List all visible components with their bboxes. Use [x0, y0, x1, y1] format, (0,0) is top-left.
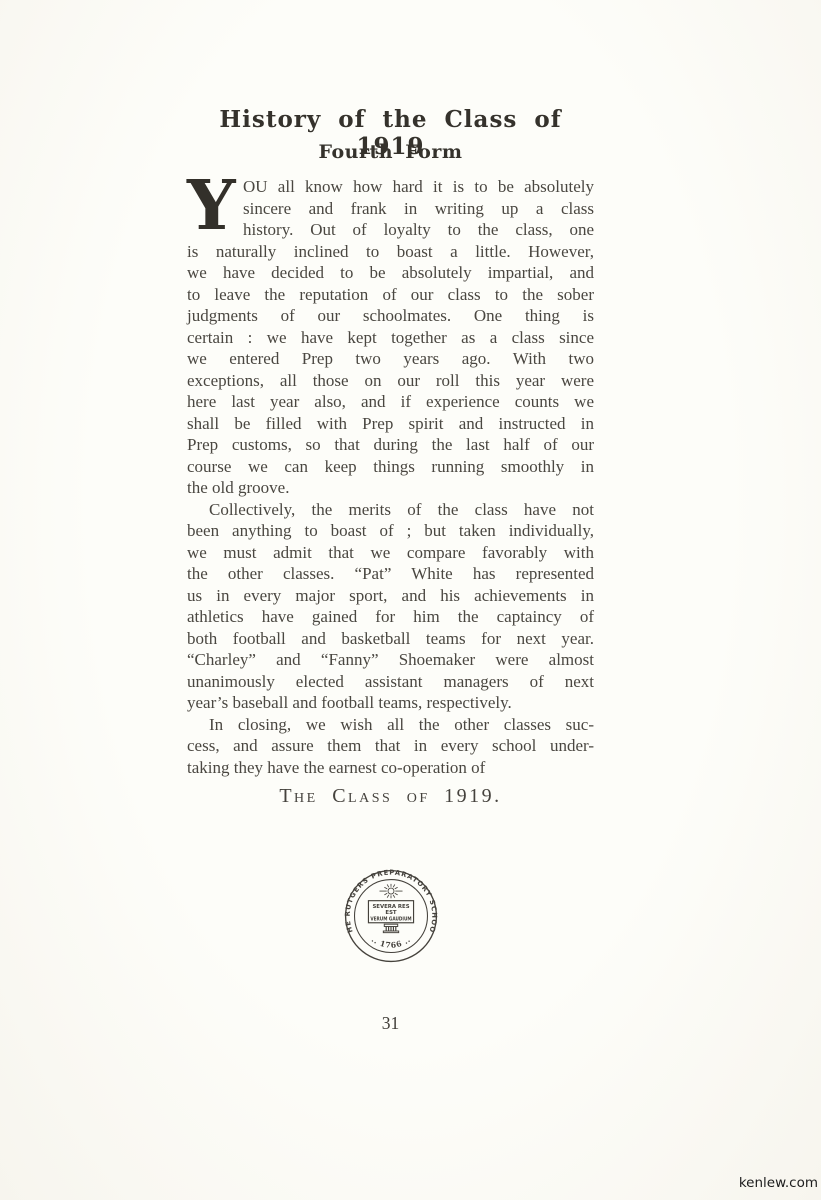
text-line: here last year also, and if experience c… — [187, 391, 594, 413]
closing-signature: The Class of 1919. — [187, 785, 594, 808]
text-line: history. Out of loyalty to the class, on… — [187, 219, 594, 241]
svg-text:.. 1766 ..: .. 1766 .. — [370, 935, 412, 950]
text-line: exceptions, all those on our roll this y… — [187, 370, 594, 392]
text-line: is naturally inclined to boast a little.… — [187, 241, 594, 263]
seal-motto-line-1: SEVERA RES — [372, 904, 409, 910]
paragraph-3: In closing, we wish all the other classe… — [187, 714, 594, 779]
paragraph-2: Collectively, the merits of the class ha… — [187, 499, 594, 714]
text-line: year’s baseball and football teams, resp… — [187, 692, 594, 714]
text-line: judgments of our schoolmates. One thing … — [187, 305, 594, 327]
text-line: course we can keep things running smooth… — [187, 456, 594, 478]
text-line: sincere and frank in writing up a class — [187, 198, 594, 220]
text-line: “Charley” and “Fanny” Shoemaker were alm… — [187, 649, 594, 671]
history-text: Y OU all know how hard it is to be absol… — [187, 176, 594, 778]
text-line: to leave the reputation of our class to … — [187, 284, 594, 306]
text-line: we have decided to be absolutely imparti… — [187, 262, 594, 284]
text-line: unanimously elected assistant managers o… — [187, 671, 594, 693]
school-seal: THE RUTGERS PREPARATORY SCHOOL .. 1766 .… — [343, 866, 439, 968]
watermark: kenlew.com — [739, 1175, 818, 1191]
seal-motto-box: SEVERA RES EST VERUM GAUDIUM — [368, 901, 413, 923]
text-line: the old groove. — [187, 477, 594, 499]
text-line: In closing, we wish all the other classe… — [187, 714, 594, 736]
text-line: athletics have gained for him the captai… — [187, 606, 594, 628]
text-line: Prep customs, so that during the last ha… — [187, 434, 594, 456]
text-line: OU all know how hard it is to be absolut… — [187, 176, 594, 198]
page-number: 31 — [187, 1013, 594, 1034]
seal-building-icon — [383, 924, 398, 932]
scanned-yearbook-page: { "page": { "title": "History of the Cla… — [0, 0, 821, 1200]
text-line: Collectively, the merits of the class ha… — [187, 499, 594, 521]
text-line: we must admit that we compare favorably … — [187, 542, 594, 564]
paragraph-1: Y OU all know how hard it is to be absol… — [187, 176, 594, 499]
text-line: we entered Prep two years ago. With two — [187, 348, 594, 370]
text-line: certain : we have kept together as a cla… — [187, 327, 594, 349]
seal-motto-line-3: VERUM GAUDIUM — [370, 916, 411, 922]
drop-cap: Y — [187, 176, 243, 240]
seal-sun-icon — [379, 884, 402, 898]
text-line: both football and basketball teams for n… — [187, 628, 594, 650]
text-line: the other classes. “Pat” White has repre… — [187, 563, 594, 585]
text-line: shall be filled with Prep spirit and ins… — [187, 413, 594, 435]
page-column: History of the Class of 1919 Fourth Form… — [187, 0, 594, 1200]
text-line: taking they have the earnest co-operatio… — [187, 757, 594, 779]
text-line: cess, and assure them that in every scho… — [187, 735, 594, 757]
seal-motto-line-2: EST — [385, 910, 397, 916]
page-subtitle: Fourth Form — [187, 141, 594, 163]
text-line: been anything to boast of ; but taken in… — [187, 520, 594, 542]
text-line: us in every major sport, and his achieve… — [187, 585, 594, 607]
seal-year-text: .. 1766 .. — [370, 935, 412, 950]
